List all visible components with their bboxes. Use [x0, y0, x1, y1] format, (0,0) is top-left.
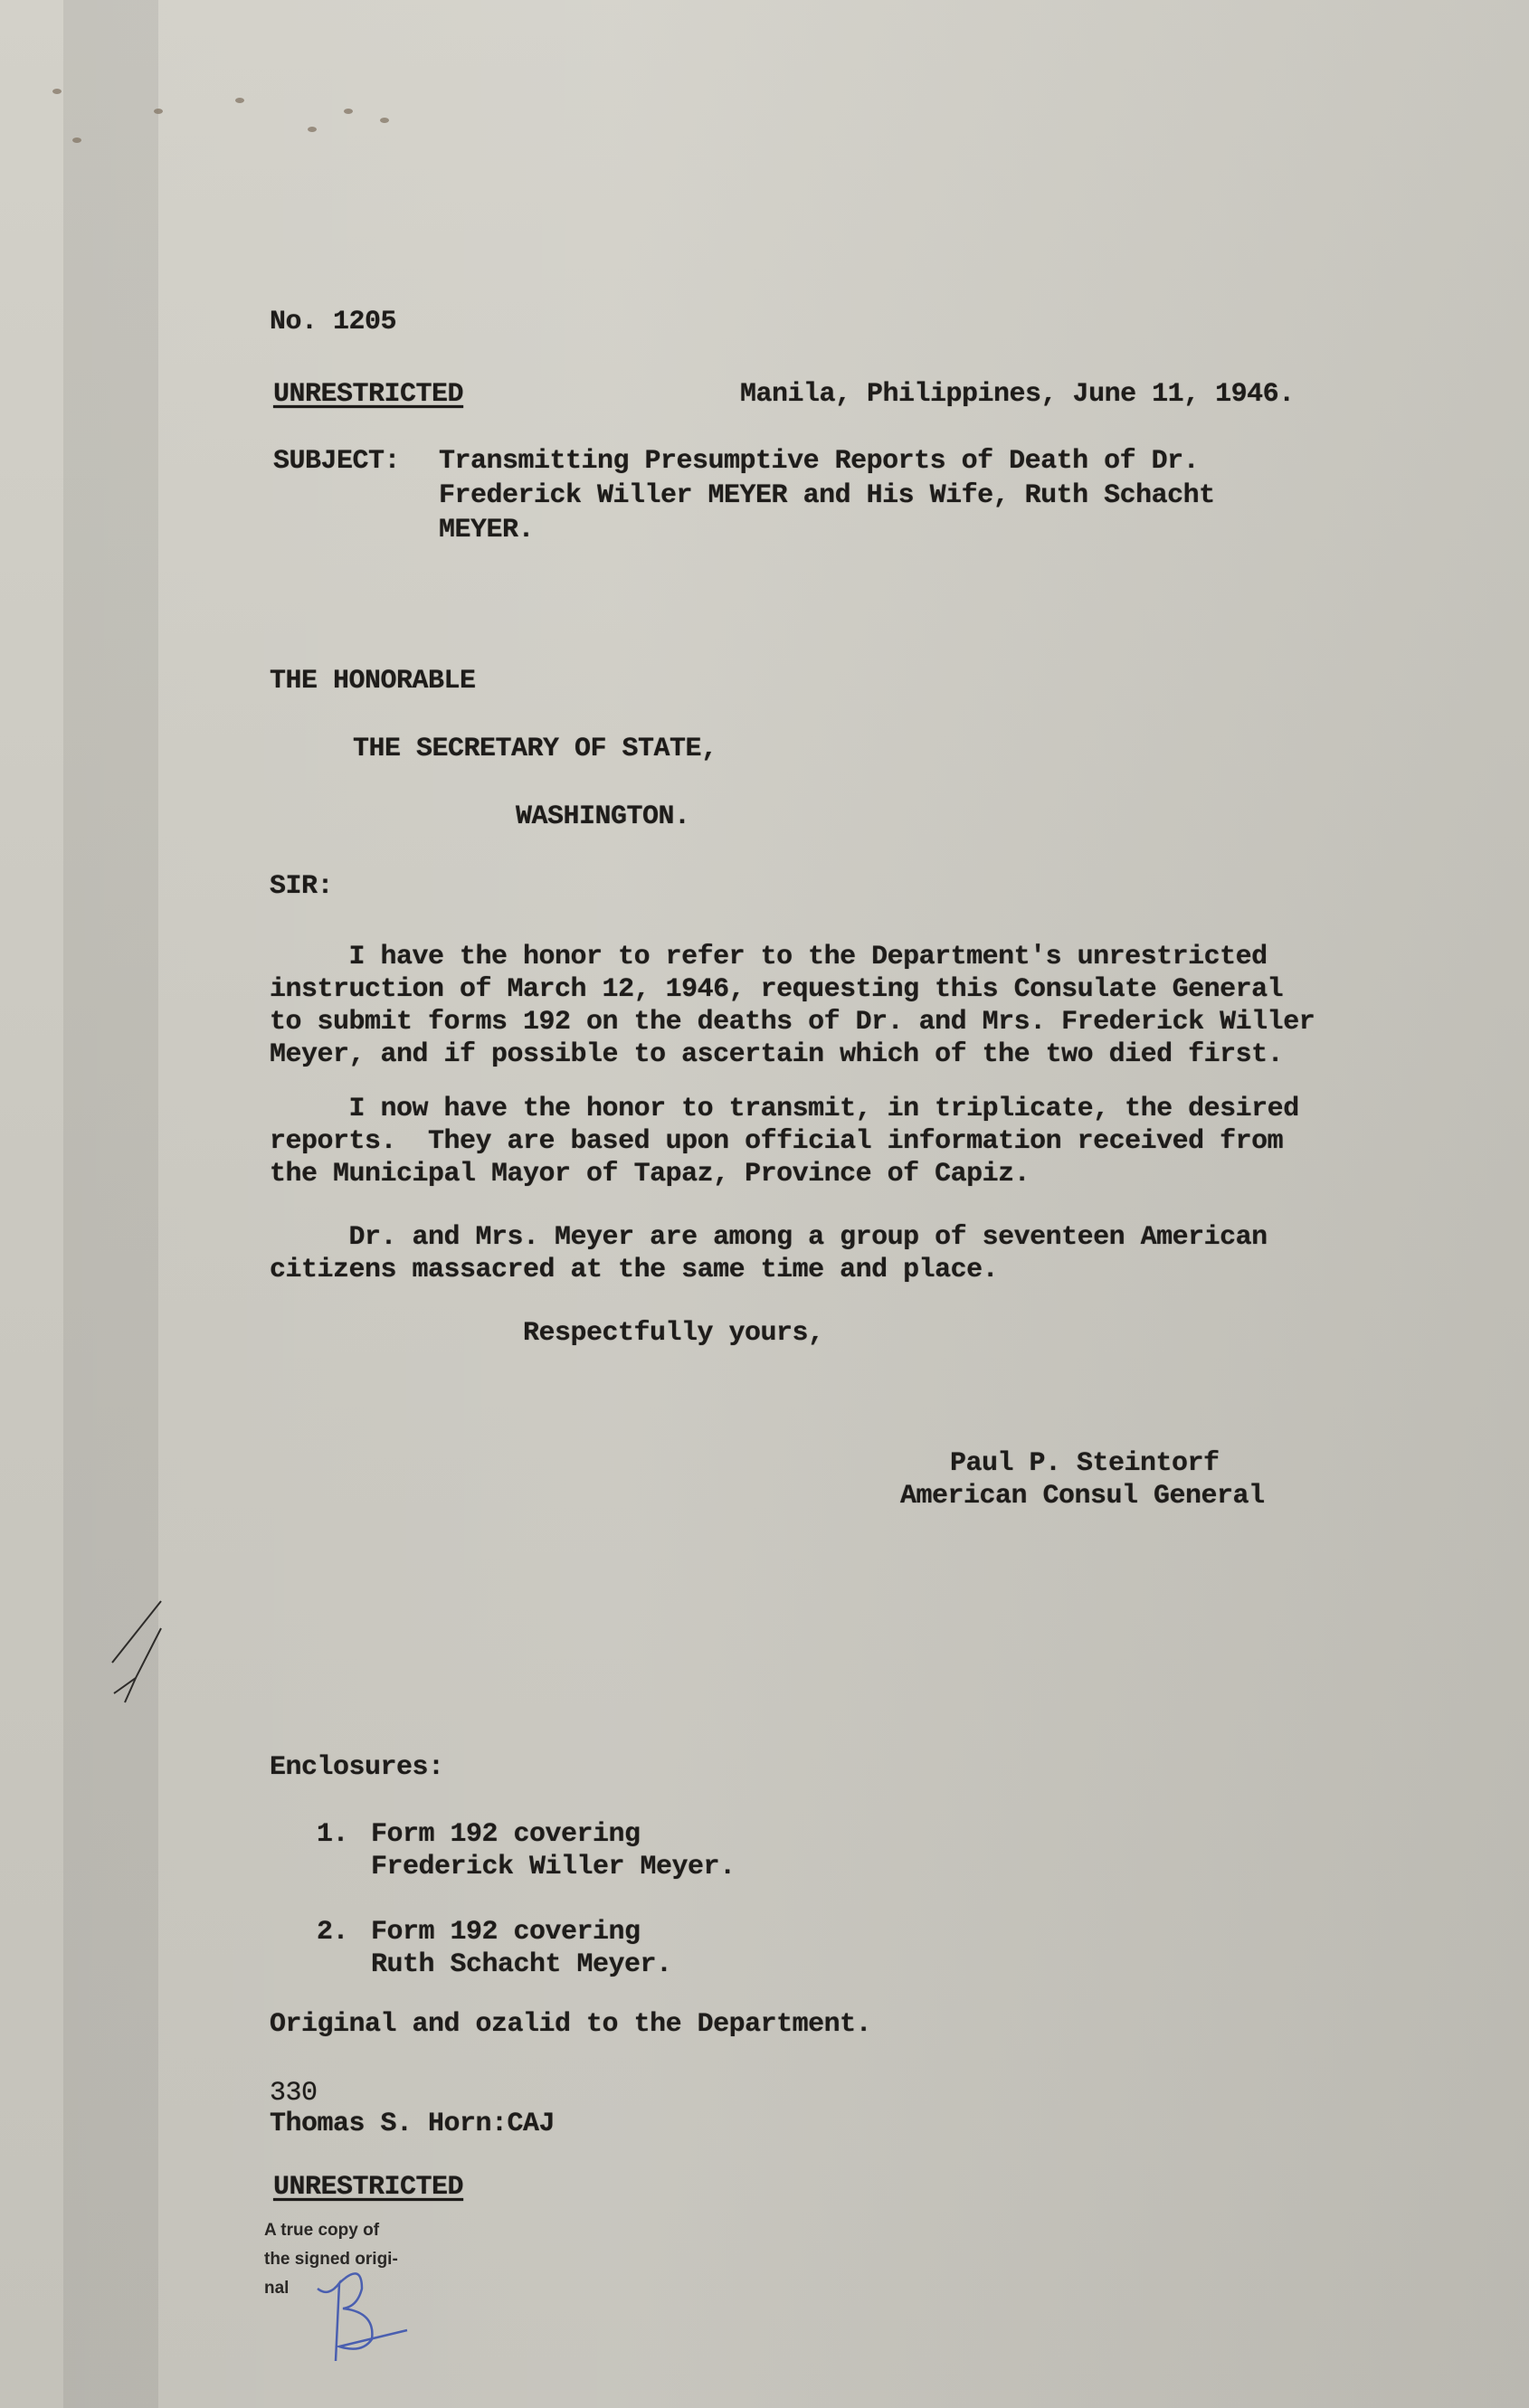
enclosures-label: Enclosures: — [270, 1751, 444, 1785]
addressee-line-1: THE HONORABLE — [270, 665, 476, 698]
ink-initial-signature-icon — [312, 2252, 421, 2370]
despatch-number: No. 1205 — [270, 306, 396, 339]
signature-name: Paul P. Steintorf — [950, 1447, 1220, 1481]
classification-bottom: UNRESTRICTED — [273, 2171, 463, 2204]
binding-holes — [36, 81, 416, 154]
certification-line-1: A true copy of — [264, 2218, 379, 2243]
subject-line-3: MEYER. — [439, 514, 534, 547]
drafter-initials: Thomas S. Horn:CAJ — [270, 2108, 555, 2141]
margin-pen-marks-icon — [109, 1592, 181, 1710]
signature-title: American Consul General — [900, 1480, 1265, 1513]
closing: Respectfully yours, — [523, 1317, 824, 1351]
classification-top: UNRESTRICTED — [273, 378, 463, 412]
file-number: 330 — [270, 2077, 318, 2110]
subject-line-1: Transmitting Presumptive Reports of Deat… — [439, 445, 1199, 479]
place-date: Manila, Philippines, June 11, 1946. — [740, 378, 1295, 412]
subject-line-2: Frederick Willer MEYER and His Wife, Rut… — [439, 479, 1215, 513]
certification-line-3: nal — [264, 2276, 289, 2301]
document-page: No. 1205 UNRESTRICTED Manila, Philippine… — [0, 0, 1529, 2408]
subject-label: SUBJECT: — [273, 445, 400, 479]
addressee-line-3: WASHINGTON. — [516, 801, 690, 834]
salutation: SIR: — [270, 870, 333, 904]
distribution-note: Original and ozalid to the Department. — [270, 2008, 871, 2042]
addressee-line-2: THE SECRETARY OF STATE, — [353, 733, 717, 766]
